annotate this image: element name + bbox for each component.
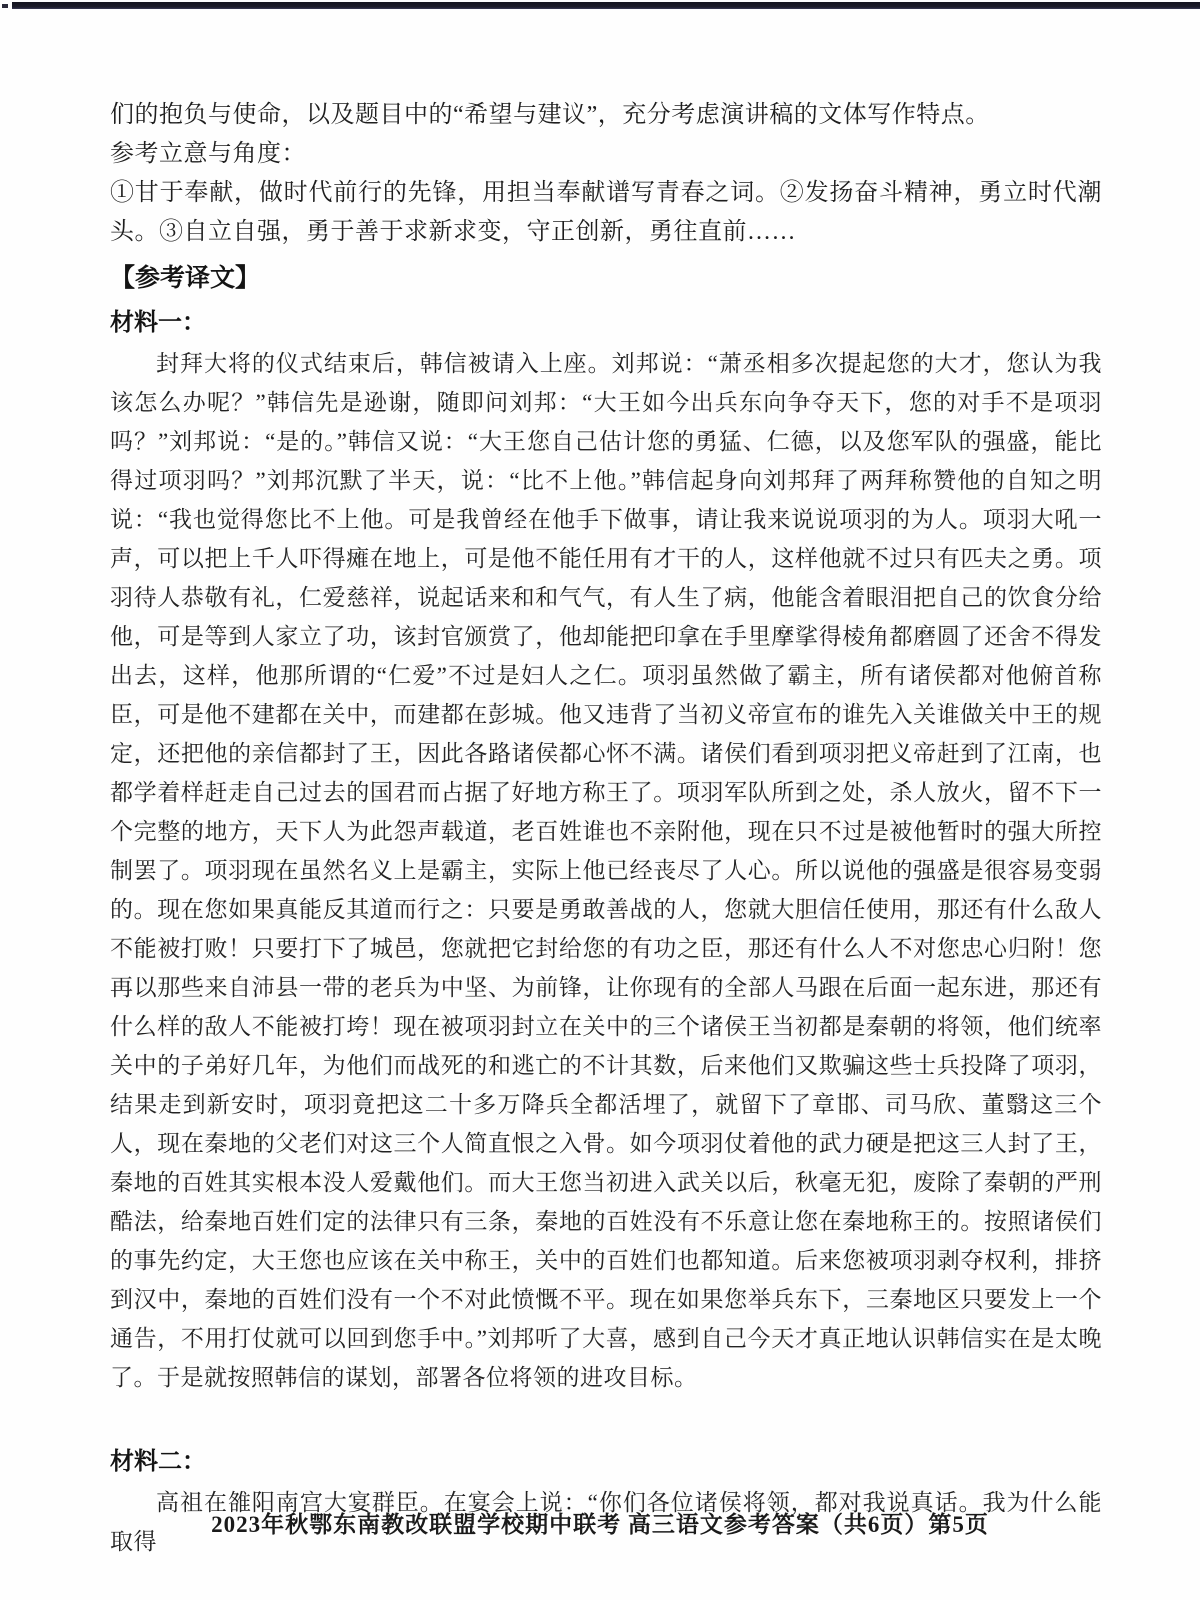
material-one-translation-text: 封拜大将的仪式结束后，韩信被请入上座。刘邦说：“萧丞相多次提起您的大才，您认为我… — [110, 344, 1102, 1397]
reference-angle-label: 参考立意与角度： — [110, 135, 1102, 174]
essay-guidance-continuation: 们的抱负与使命，以及题目中的“希望与建议”，充分考虑演讲稿的文体写作特点。 — [110, 96, 1102, 135]
material-one-heading: 材料一： — [110, 302, 1102, 342]
reference-angles-list: ①甘于奉献，做时代前行的先锋，用担当奉献谱写青春之词。②发扬奋斗精神，勇立时代潮… — [110, 174, 1102, 252]
exam-answer-sheet-page: 们的抱负与使命，以及题目中的“希望与建议”，充分考虑演讲稿的文体写作特点。 参考… — [0, 0, 1200, 1600]
material-two-heading: 材料二： — [110, 1441, 1102, 1481]
page-footer: 2023年秋鄂东南教改联盟学校期中联考 高三语文参考答案（共6页）第5页 — [0, 1506, 1200, 1539]
reference-translation-heading: 【参考译文】 — [110, 258, 1102, 298]
scan-artifact-dot — [2, 4, 8, 8]
page-content: 们的抱负与使命，以及题目中的“希望与建议”，充分考虑演讲稿的文体写作特点。 参考… — [110, 96, 1102, 1561]
scan-artifact-line — [12, 2, 1200, 9]
